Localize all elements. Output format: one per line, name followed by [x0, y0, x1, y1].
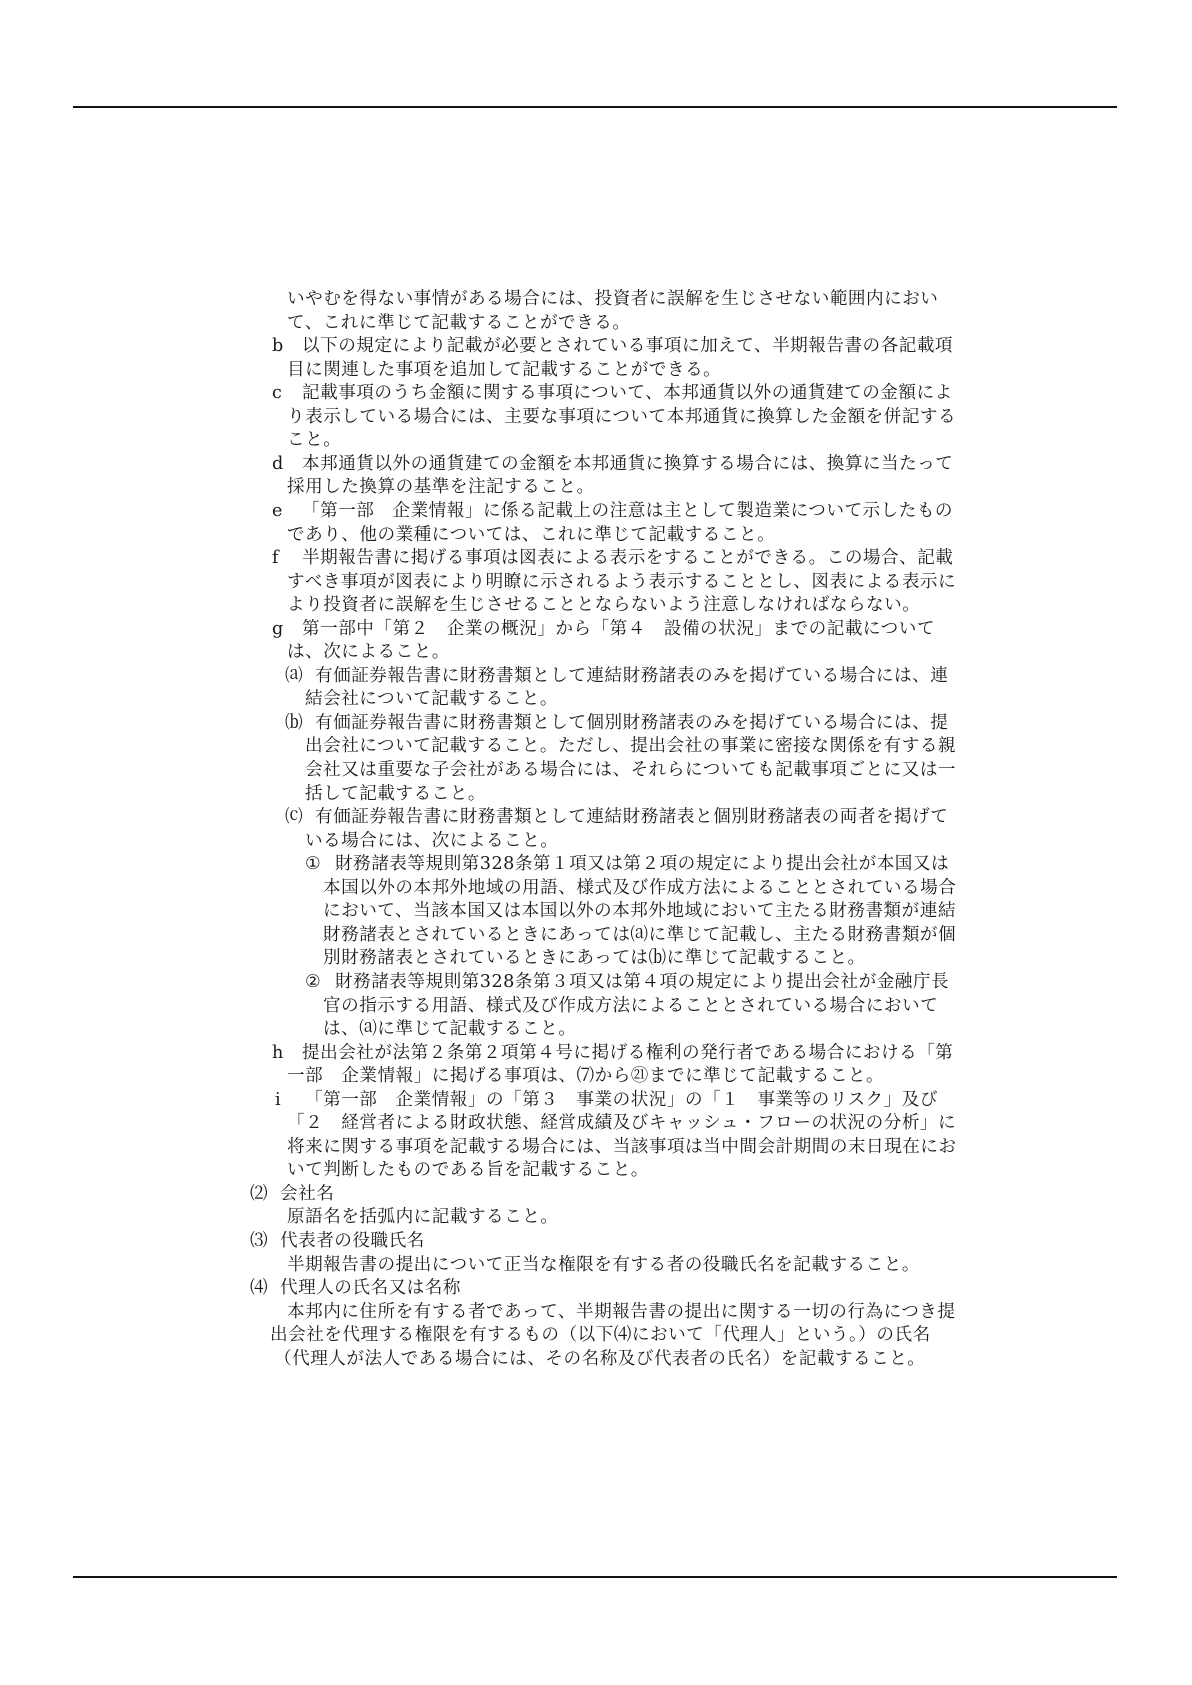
text-line: 「２ 経営者による財政状態、経営成績及びキャッシュ・フローの状況の分析」に: [287, 1111, 956, 1135]
list-marker: ⒝: [285, 711, 303, 735]
line-text: て、これに準じて記載することができる。: [287, 313, 630, 333]
line-text: 将来に関する事項を記載する場合には、当該事項は当中間会計期間の末日現在にお: [287, 1137, 956, 1157]
list-marker: ⒞: [285, 805, 303, 829]
text-line: 括して記載すること。: [305, 782, 486, 806]
text-line: 出会社を代理する権限を有するもの（以下⑷において「代理人」という。）の氏名: [270, 1323, 931, 1347]
text-line: て、これに準じて記載することができる。: [287, 311, 630, 335]
text-line: いる場合には、次によること。: [305, 829, 558, 853]
list-item: ⒞有価証券報告書に財務書類として連結財務諸表と個別財務諸表の両者を掲げて: [285, 805, 948, 829]
header-rule: [73, 106, 1117, 108]
text-line: いて判断したものである旨を記載すること。: [287, 1158, 649, 1182]
list-item: ⑶代表者の役職氏名: [250, 1229, 425, 1253]
list-item: ⒜有価証券報告書に財務書類として連結財務諸表のみを掲げている場合には、連: [285, 664, 948, 688]
line-text: において、当該本国又は本国以外の本邦外地域において主たる財務書類が連結: [323, 901, 956, 921]
list-item: h提出会社が法第２条第２項第４号に掲げる権利の発行者である場合における「第: [272, 1041, 953, 1065]
list-item: c記載事項のうち金額に関する事項について、本邦通貨以外の通貨建ての金額によ: [272, 381, 953, 405]
list-marker: ①: [305, 852, 323, 876]
list-marker: ⑵: [250, 1182, 268, 1206]
list-item: ⑵会社名: [250, 1182, 334, 1206]
line-text: いて判断したものである旨を記載すること。: [287, 1160, 649, 1180]
line-text: は、⒜に準じて記載すること。: [323, 1019, 576, 1039]
line-text: 「第一部 企業情報」に係る記載上の注意は主として製造業について示したもの: [302, 501, 953, 521]
line-text: 半期報告書に掲げる事項は図表による表示をすることができる。この場合、記載: [302, 548, 953, 568]
line-text: 「第一部 企業情報」の「第３ 事業の状況」の「１ 事業等のリスク」及び: [305, 1090, 938, 1110]
list-item: ②財務諸表等規則第328条第３項又は第４項の規定により提出会社が金融庁長: [305, 970, 949, 994]
line-text: り表示している場合には、主要な事項について本邦通貨に換算した金額を併記する: [287, 407, 956, 427]
text-line: 本国以外の本邦外地域の用語、様式及び作成方法によることとされている場合: [323, 876, 956, 900]
text-line: （代理人が法人である場合には、その名称及び代表者の氏名）を記載すること。: [274, 1347, 925, 1371]
text-line: において、当該本国又は本国以外の本邦外地域において主たる財務書類が連結: [323, 899, 956, 923]
line-text: より投資者に誤解を生じさせることとならないよう注意しなければならない。: [287, 595, 920, 615]
line-text: 別財務諸表とされているときにあっては⒝に準じて記載すること。: [323, 948, 866, 968]
line-text: 以下の規定により記載が必要とされている事項に加えて、半期報告書の各記載項: [302, 336, 953, 356]
list-marker: g: [272, 617, 290, 641]
line-text: 有価証券報告書に財務書類として連結財務諸表のみを掲げている場合には、連: [315, 666, 948, 686]
line-text: 第一部中「第２ 企業の概況」から「第４ 設備の状況」までの記載について: [302, 619, 935, 639]
list-item: ⑷代理人の氏名又は名称: [250, 1276, 461, 1300]
line-text: すべき事項が図表により明瞭に示されるよう表示することとし、図表による表示に: [287, 572, 956, 592]
list-marker: c: [272, 381, 290, 405]
text-line: 一部 企業情報」に掲げる事項は、⑺から㉑までに準じて記載すること。: [287, 1064, 884, 1088]
line-text: 採用した換算の基準を注記すること。: [287, 477, 595, 497]
list-item: e「第一部 企業情報」に係る記載上の注意は主として製造業について示したもの: [272, 499, 953, 523]
line-text: いやむを得ない事情がある場合には、投資者に誤解を生じさせない範囲内におい: [287, 289, 938, 309]
line-text: 本国以外の本邦外地域の用語、様式及び作成方法によることとされている場合: [323, 878, 956, 898]
line-text: 記載事項のうち金額に関する事項について、本邦通貨以外の通貨建ての金額によ: [302, 383, 953, 403]
text-line: 官の指示する用語、様式及び作成方法によることとされている場合において: [323, 994, 938, 1018]
list-item: b以下の規定により記載が必要とされている事項に加えて、半期報告書の各記載項: [272, 334, 953, 358]
text-line: 会社又は重要な子会社がある場合には、それらについても記載事項ごとに又は一: [305, 758, 956, 782]
list-marker: ⒜: [285, 664, 303, 688]
line-text: 官の指示する用語、様式及び作成方法によることとされている場合において: [323, 996, 938, 1016]
list-marker: i: [275, 1088, 293, 1112]
line-text: 財務諸表等規則第328条第１項又は第２項の規定により提出会社が本国又は: [335, 854, 949, 874]
line-text: 代表者の役職氏名: [280, 1231, 425, 1251]
text-line: 本邦内に住所を有する者であって、半期報告書の提出に関する一切の行為につき提: [287, 1300, 956, 1324]
list-marker: ②: [305, 970, 323, 994]
line-text: （代理人が法人である場合には、その名称及び代表者の氏名）を記載すること。: [274, 1349, 925, 1369]
line-text: 会社又は重要な子会社がある場合には、それらについても記載事項ごとに又は一: [305, 760, 956, 780]
text-line: こと。: [287, 428, 341, 452]
list-marker: b: [272, 334, 290, 358]
list-marker: h: [272, 1041, 290, 1065]
text-line: すべき事項が図表により明瞭に示されるよう表示することとし、図表による表示に: [287, 570, 956, 594]
text-line: 出会社について記載すること。ただし、提出会社の事業に密接な関係を有する親: [305, 734, 956, 758]
line-text: 財務諸表とされているときにあっては⒜に準じて記載し、主たる財務書類が個: [323, 925, 956, 945]
line-text: いる場合には、次によること。: [305, 831, 558, 851]
line-text: こと。: [287, 430, 341, 450]
line-text: 半期報告書の提出について正当な権限を有する者の役職氏名を記載すること。: [287, 1255, 920, 1275]
list-item: ①財務諸表等規則第328条第１項又は第２項の規定により提出会社が本国又は: [305, 852, 949, 876]
line-text: 一部 企業情報」に掲げる事項は、⑺から㉑までに準じて記載すること。: [287, 1066, 884, 1086]
text-line: り表示している場合には、主要な事項について本邦通貨に換算した金額を併記する: [287, 405, 956, 429]
text-line: 原語名を括弧内に記載すること。: [287, 1205, 558, 1229]
list-marker: d: [272, 452, 290, 476]
list-item: f半期報告書に掲げる事項は図表による表示をすることができる。この場合、記載: [272, 546, 953, 570]
list-marker: e: [272, 499, 290, 523]
list-item: d本邦通貨以外の通貨建ての金額を本邦通貨に換算する場合には、換算に当たって: [272, 452, 953, 476]
line-text: 出会社について記載すること。ただし、提出会社の事業に密接な関係を有する親: [305, 736, 956, 756]
text-line: 結会社について記載すること。: [305, 687, 558, 711]
line-text: 本邦内に住所を有する者であって、半期報告書の提出に関する一切の行為につき提: [287, 1302, 956, 1322]
line-text: 会社名: [280, 1184, 334, 1204]
line-text: 本邦通貨以外の通貨建ての金額を本邦通貨に換算する場合には、換算に当たって: [302, 454, 953, 474]
line-text: 「２ 経営者による財政状態、経営成績及びキャッシュ・フローの状況の分析」に: [287, 1113, 956, 1133]
line-text: 代理人の氏名又は名称: [280, 1278, 461, 1298]
text-line: 半期報告書の提出について正当な権限を有する者の役職氏名を記載すること。: [287, 1253, 920, 1277]
list-marker: f: [272, 546, 290, 570]
text-line: は、次によること。: [287, 640, 450, 664]
line-text: 有価証券報告書に財務書類として個別財務諸表のみを掲げている場合には、提: [315, 713, 948, 733]
line-text: 括して記載すること。: [305, 784, 486, 804]
line-text: であり、他の業種については、これに準じて記載すること。: [287, 525, 775, 545]
text-line: 目に関連した事項を追加して記載することができる。: [287, 358, 721, 382]
list-item: g第一部中「第２ 企業の概況」から「第４ 設備の状況」までの記載について: [272, 617, 935, 641]
line-text: 結会社について記載すること。: [305, 689, 558, 709]
list-marker: ⑶: [250, 1229, 268, 1253]
text-line: いやむを得ない事情がある場合には、投資者に誤解を生じさせない範囲内におい: [287, 287, 938, 311]
line-text: 提出会社が法第２条第２項第４号に掲げる権利の発行者である場合における「第: [302, 1043, 953, 1063]
line-text: は、次によること。: [287, 642, 450, 662]
list-item: i「第一部 企業情報」の「第３ 事業の状況」の「１ 事業等のリスク」及び: [275, 1088, 938, 1112]
line-text: 財務諸表等規則第328条第３項又は第４項の規定により提出会社が金融庁長: [335, 972, 949, 992]
text-line: 将来に関する事項を記載する場合には、当該事項は当中間会計期間の末日現在にお: [287, 1135, 956, 1159]
text-line: より投資者に誤解を生じさせることとならないよう注意しなければならない。: [287, 593, 920, 617]
text-line: 別財務諸表とされているときにあっては⒝に準じて記載すること。: [323, 946, 866, 970]
list-marker: ⑷: [250, 1276, 268, 1300]
line-text: 目に関連した事項を追加して記載することができる。: [287, 360, 721, 380]
text-line: は、⒜に準じて記載すること。: [323, 1017, 576, 1041]
footer-rule: [73, 1576, 1117, 1578]
text-line: であり、他の業種については、これに準じて記載すること。: [287, 523, 775, 547]
line-text: 原語名を括弧内に記載すること。: [287, 1207, 558, 1227]
list-item: ⒝有価証券報告書に財務書類として個別財務諸表のみを掲げている場合には、提: [285, 711, 948, 735]
line-text: 出会社を代理する権限を有するもの（以下⑷において「代理人」という。）の氏名: [270, 1325, 931, 1345]
line-text: 有価証券報告書に財務書類として連結財務諸表と個別財務諸表の両者を掲げて: [315, 807, 948, 827]
text-line: 財務諸表とされているときにあっては⒜に準じて記載し、主たる財務書類が個: [323, 923, 956, 947]
text-line: 採用した換算の基準を注記すること。: [287, 475, 595, 499]
